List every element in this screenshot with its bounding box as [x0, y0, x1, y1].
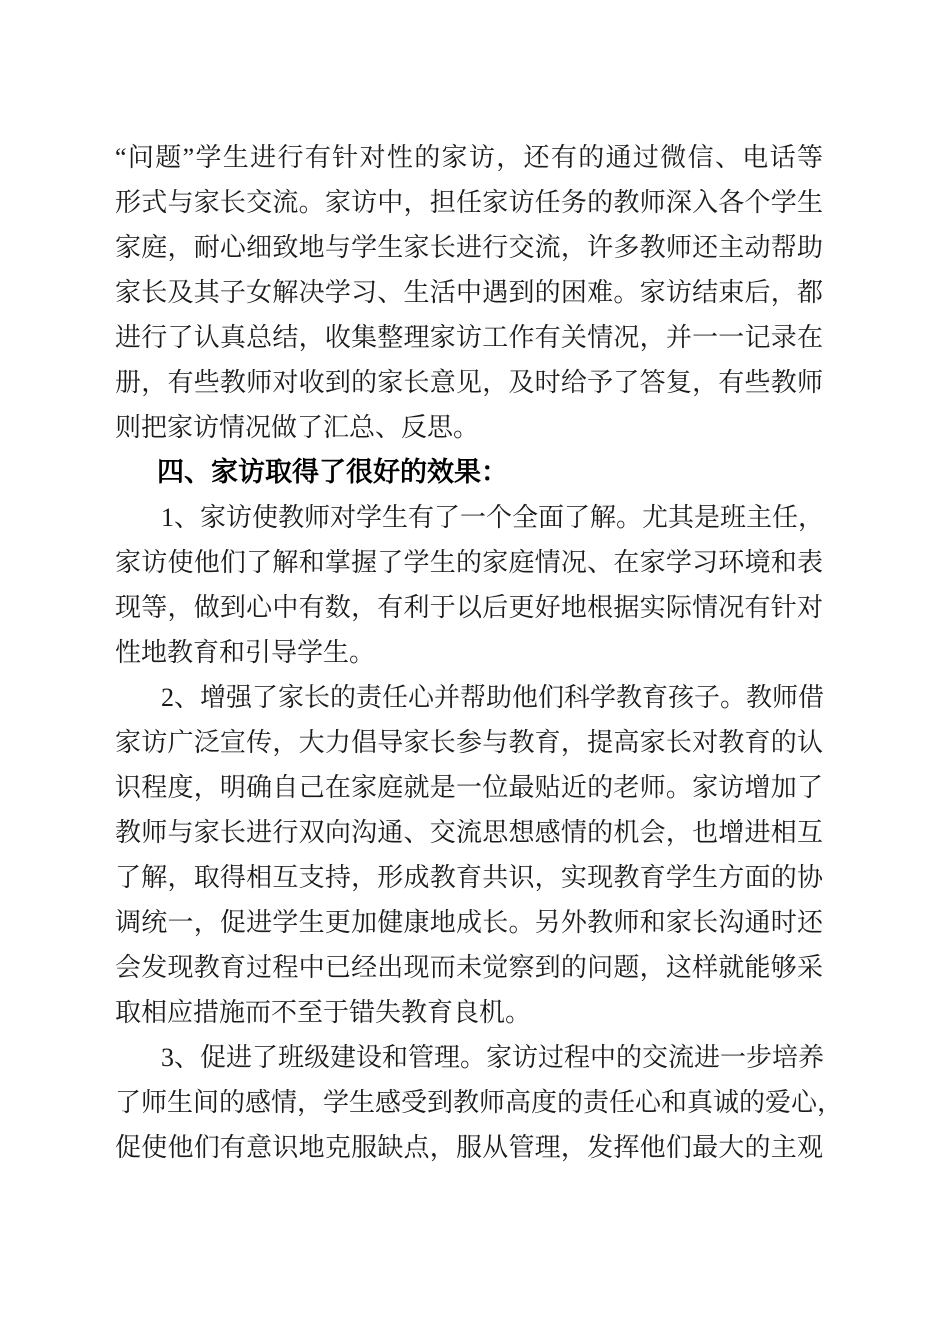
- paragraph-line: 促使他们有意识地克服缺点，服从管理，发挥他们最大的主观: [115, 1125, 823, 1170]
- paragraph-line: “问题”学生进行有针对性的家访，还有的通过微信、电话等: [115, 135, 823, 180]
- paragraph-line: 家访使他们了解和掌握了学生的家庭情况、在家学习环境和表: [115, 540, 823, 585]
- paragraph-line: 现等，做到心中有数，有利于以后更好地根据实际情况有针对: [115, 585, 823, 630]
- paragraph-line: 取相应措施而不至于错失教育良机。: [115, 990, 823, 1035]
- paragraph-line: 教师与家长进行双向沟通、交流思想感情的机会，也增进相互: [115, 810, 823, 855]
- paragraph-line: 家长及其子女解决学习、生活中遇到的困难。家访结束后，都: [115, 270, 823, 315]
- paragraph-line: 3、促进了班级建设和管理。家访过程中的交流进一步培养: [115, 1035, 823, 1080]
- paragraph-line: 性地教育和引导学生。: [115, 630, 823, 675]
- paragraph-line: 册，有些教师对收到的家长意见，及时给予了答复，有些教师: [115, 360, 823, 405]
- paragraph-line: 会发现教育过程中已经出现而未觉察到的问题，这样就能够采: [115, 945, 823, 990]
- text-block: “问题”学生进行有针对性的家访，还有的通过微信、电话等 形式与家长交流。家访中，…: [115, 135, 823, 1170]
- paragraph-line: 识程度，明确自己在家庭就是一位最贴近的老师。家访增加了: [115, 765, 823, 810]
- paragraph-line: 则把家访情况做了汇总、反思。: [115, 405, 823, 450]
- paragraph-line: 调统一，促进学生更加健康地成长。另外教师和家长沟通时还: [115, 900, 823, 945]
- paragraph-line: 家访广泛宣传，大力倡导家长参与教育，提高家长对教育的认: [115, 720, 823, 765]
- paragraph-line: 了师生间的感情，学生感受到教师高度的责任心和真诚的爱心，: [115, 1080, 823, 1125]
- document-page: “问题”学生进行有针对性的家访，还有的通过微信、电话等 形式与家长交流。家访中，…: [0, 0, 950, 1344]
- paragraph-line: 1、家访使教师对学生有了一个全面了解。尤其是班主任，: [115, 495, 823, 540]
- paragraph-line: 2、增强了家长的责任心并帮助他们科学教育孩子。教师借: [115, 675, 823, 720]
- paragraph-line: 了解，取得相互支持，形成教育共识，实现教育学生方面的协: [115, 855, 823, 900]
- paragraph-line: 家庭，耐心细致地与学生家长进行交流，许多教师还主动帮助: [115, 225, 823, 270]
- paragraph-line: 进行了认真总结，收集整理家访工作有关情况，并一一记录在: [115, 315, 823, 360]
- section-heading: 四、家访取得了很好的效果：: [115, 450, 823, 495]
- paragraph-line: 形式与家长交流。家访中，担任家访任务的教师深入各个学生: [115, 180, 823, 225]
